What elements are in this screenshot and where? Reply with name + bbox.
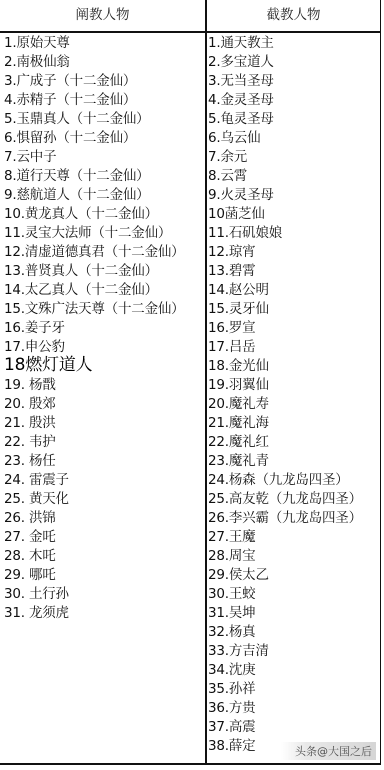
jiejiao-item: 10菡芝仙 bbox=[208, 205, 380, 224]
chanjiao-item: 12.清虚道德真君（十二金仙） bbox=[4, 243, 204, 262]
jiejiao-item: 8.云霄 bbox=[208, 167, 380, 186]
chanjiao-item: 14.太乙真人（十二金仙） bbox=[4, 281, 204, 300]
jiejiao-item: 31.吴坤 bbox=[208, 604, 380, 623]
jiejiao-item: 23.魔礼青 bbox=[208, 452, 380, 471]
chanjiao-item: 23. 杨任 bbox=[4, 452, 204, 471]
chanjiao-item: 27. 金吒 bbox=[4, 528, 204, 547]
jiejiao-item: 29.侯太乙 bbox=[208, 566, 380, 585]
chanjiao-item: 7.云中子 bbox=[4, 148, 204, 167]
header-chanjiao: 阐教人物 bbox=[0, 0, 205, 31]
jiejiao-item: 17.吕岳 bbox=[208, 338, 380, 357]
chanjiao-item: 3.广成子（十二金仙） bbox=[4, 72, 204, 91]
jiejiao-item: 32.杨真 bbox=[208, 623, 380, 642]
jiejiao-item: 37.高震 bbox=[208, 718, 380, 737]
jiejiao-item: 27.王魔 bbox=[208, 528, 380, 547]
jiejiao-item: 35.孙祥 bbox=[208, 680, 380, 699]
header-jiejiao: 截教人物 bbox=[206, 0, 381, 31]
jiejiao-item: 14.赵公明 bbox=[208, 281, 380, 300]
jiejiao-item: 20.魔礼寿 bbox=[208, 395, 380, 414]
jiejiao-item: 19.羽翼仙 bbox=[208, 376, 380, 395]
chanjiao-item: 31. 龙须虎 bbox=[4, 604, 204, 623]
chanjiao-item: 9.慈航道人（十二金仙） bbox=[4, 186, 204, 205]
jiejiao-item: 25.高友乾（九龙岛四圣） bbox=[208, 490, 380, 509]
jiejiao-item: 18.金光仙 bbox=[208, 357, 380, 376]
chanjiao-item: 6.惧留孙（十二金仙） bbox=[4, 129, 204, 148]
jiejiao-item: 11.石矶娘娘 bbox=[208, 224, 380, 243]
watermark: 头条@大国之后 bbox=[281, 742, 376, 760]
jiejiao-item: 34.沈庚 bbox=[208, 661, 380, 680]
chanjiao-item: 26. 洪锦 bbox=[4, 509, 204, 528]
jiejiao-item: 30.王蛟 bbox=[208, 585, 380, 604]
chanjiao-item: 22. 韦护 bbox=[4, 433, 204, 452]
jiejiao-item: 7.余元 bbox=[208, 148, 380, 167]
chanjiao-item: 24. 雷震子 bbox=[4, 471, 204, 490]
jiejiao-item: 9.火灵圣母 bbox=[208, 186, 380, 205]
chanjiao-item: 15.文殊广法天尊（十二金仙） bbox=[4, 300, 204, 319]
jiejiao-item: 16.罗宣 bbox=[208, 319, 380, 338]
jiejiao-item: 28.周宝 bbox=[208, 547, 380, 566]
chanjiao-item: 25. 黄天化 bbox=[4, 490, 204, 509]
jiejiao-item: 21.魔礼海 bbox=[208, 414, 380, 433]
chanjiao-list: 1.原始天尊 2.南极仙翁 3.广成子（十二金仙） 4.赤精子（十二金仙） 5.… bbox=[4, 34, 204, 623]
chanjiao-item: 1.原始天尊 bbox=[4, 34, 204, 53]
jiejiao-item: 3.无当圣母 bbox=[208, 72, 380, 91]
header-divider bbox=[0, 31, 381, 33]
jiejiao-item: 15.灵牙仙 bbox=[208, 300, 380, 319]
jiejiao-item: 4.金灵圣母 bbox=[208, 91, 380, 110]
chanjiao-item: 29. 哪吒 bbox=[4, 566, 204, 585]
chanjiao-item: 19. 杨戬 bbox=[4, 376, 204, 395]
jiejiao-item: 24.杨森（九龙岛四圣） bbox=[208, 471, 380, 490]
chanjiao-item: 5.玉鼎真人（十二金仙） bbox=[4, 110, 204, 129]
jiejiao-item: 26.李兴霸（九龙岛四圣） bbox=[208, 509, 380, 528]
jiejiao-item: 6.乌云仙 bbox=[208, 129, 380, 148]
jiejiao-item: 12.琼宵 bbox=[208, 243, 380, 262]
jiejiao-item: 36.方贵 bbox=[208, 699, 380, 718]
chanjiao-item: 28. 木吒 bbox=[4, 547, 204, 566]
column-divider bbox=[205, 0, 207, 765]
jiejiao-item: 13.碧霄 bbox=[208, 262, 380, 281]
jiejiao-item: 2.多宝道人 bbox=[208, 53, 380, 72]
chanjiao-item: 10.黄龙真人（十二金仙） bbox=[4, 205, 204, 224]
chanjiao-item: 30. 土行孙 bbox=[4, 585, 204, 604]
jiejiao-list: 1.通天教主 2.多宝道人 3.无当圣母 4.金灵圣母 5.龟灵圣母 6.乌云仙… bbox=[208, 34, 380, 756]
chanjiao-item: 16.姜子牙 bbox=[4, 319, 204, 338]
character-table: 阐教人物 截教人物 1.原始天尊 2.南极仙翁 3.广成子（十二金仙） 4.赤精… bbox=[0, 0, 381, 765]
jiejiao-item: 22.魔礼红 bbox=[208, 433, 380, 452]
jiejiao-item: 33.方吉清 bbox=[208, 642, 380, 661]
chanjiao-item-highlighted: 18燃灯道人 bbox=[4, 356, 204, 376]
chanjiao-item: 20. 殷郊 bbox=[4, 395, 204, 414]
chanjiao-item: 21. 殷洪 bbox=[4, 414, 204, 433]
chanjiao-item: 4.赤精子（十二金仙） bbox=[4, 91, 204, 110]
chanjiao-item: 13.普贤真人（十二金仙） bbox=[4, 262, 204, 281]
chanjiao-item: 2.南极仙翁 bbox=[4, 53, 204, 72]
chanjiao-item: 11.灵宝大法师（十二金仙） bbox=[4, 224, 204, 243]
chanjiao-item: 8.道行天尊（十二金仙） bbox=[4, 167, 204, 186]
jiejiao-item: 1.通天教主 bbox=[208, 34, 380, 53]
jiejiao-item: 5.龟灵圣母 bbox=[208, 110, 380, 129]
